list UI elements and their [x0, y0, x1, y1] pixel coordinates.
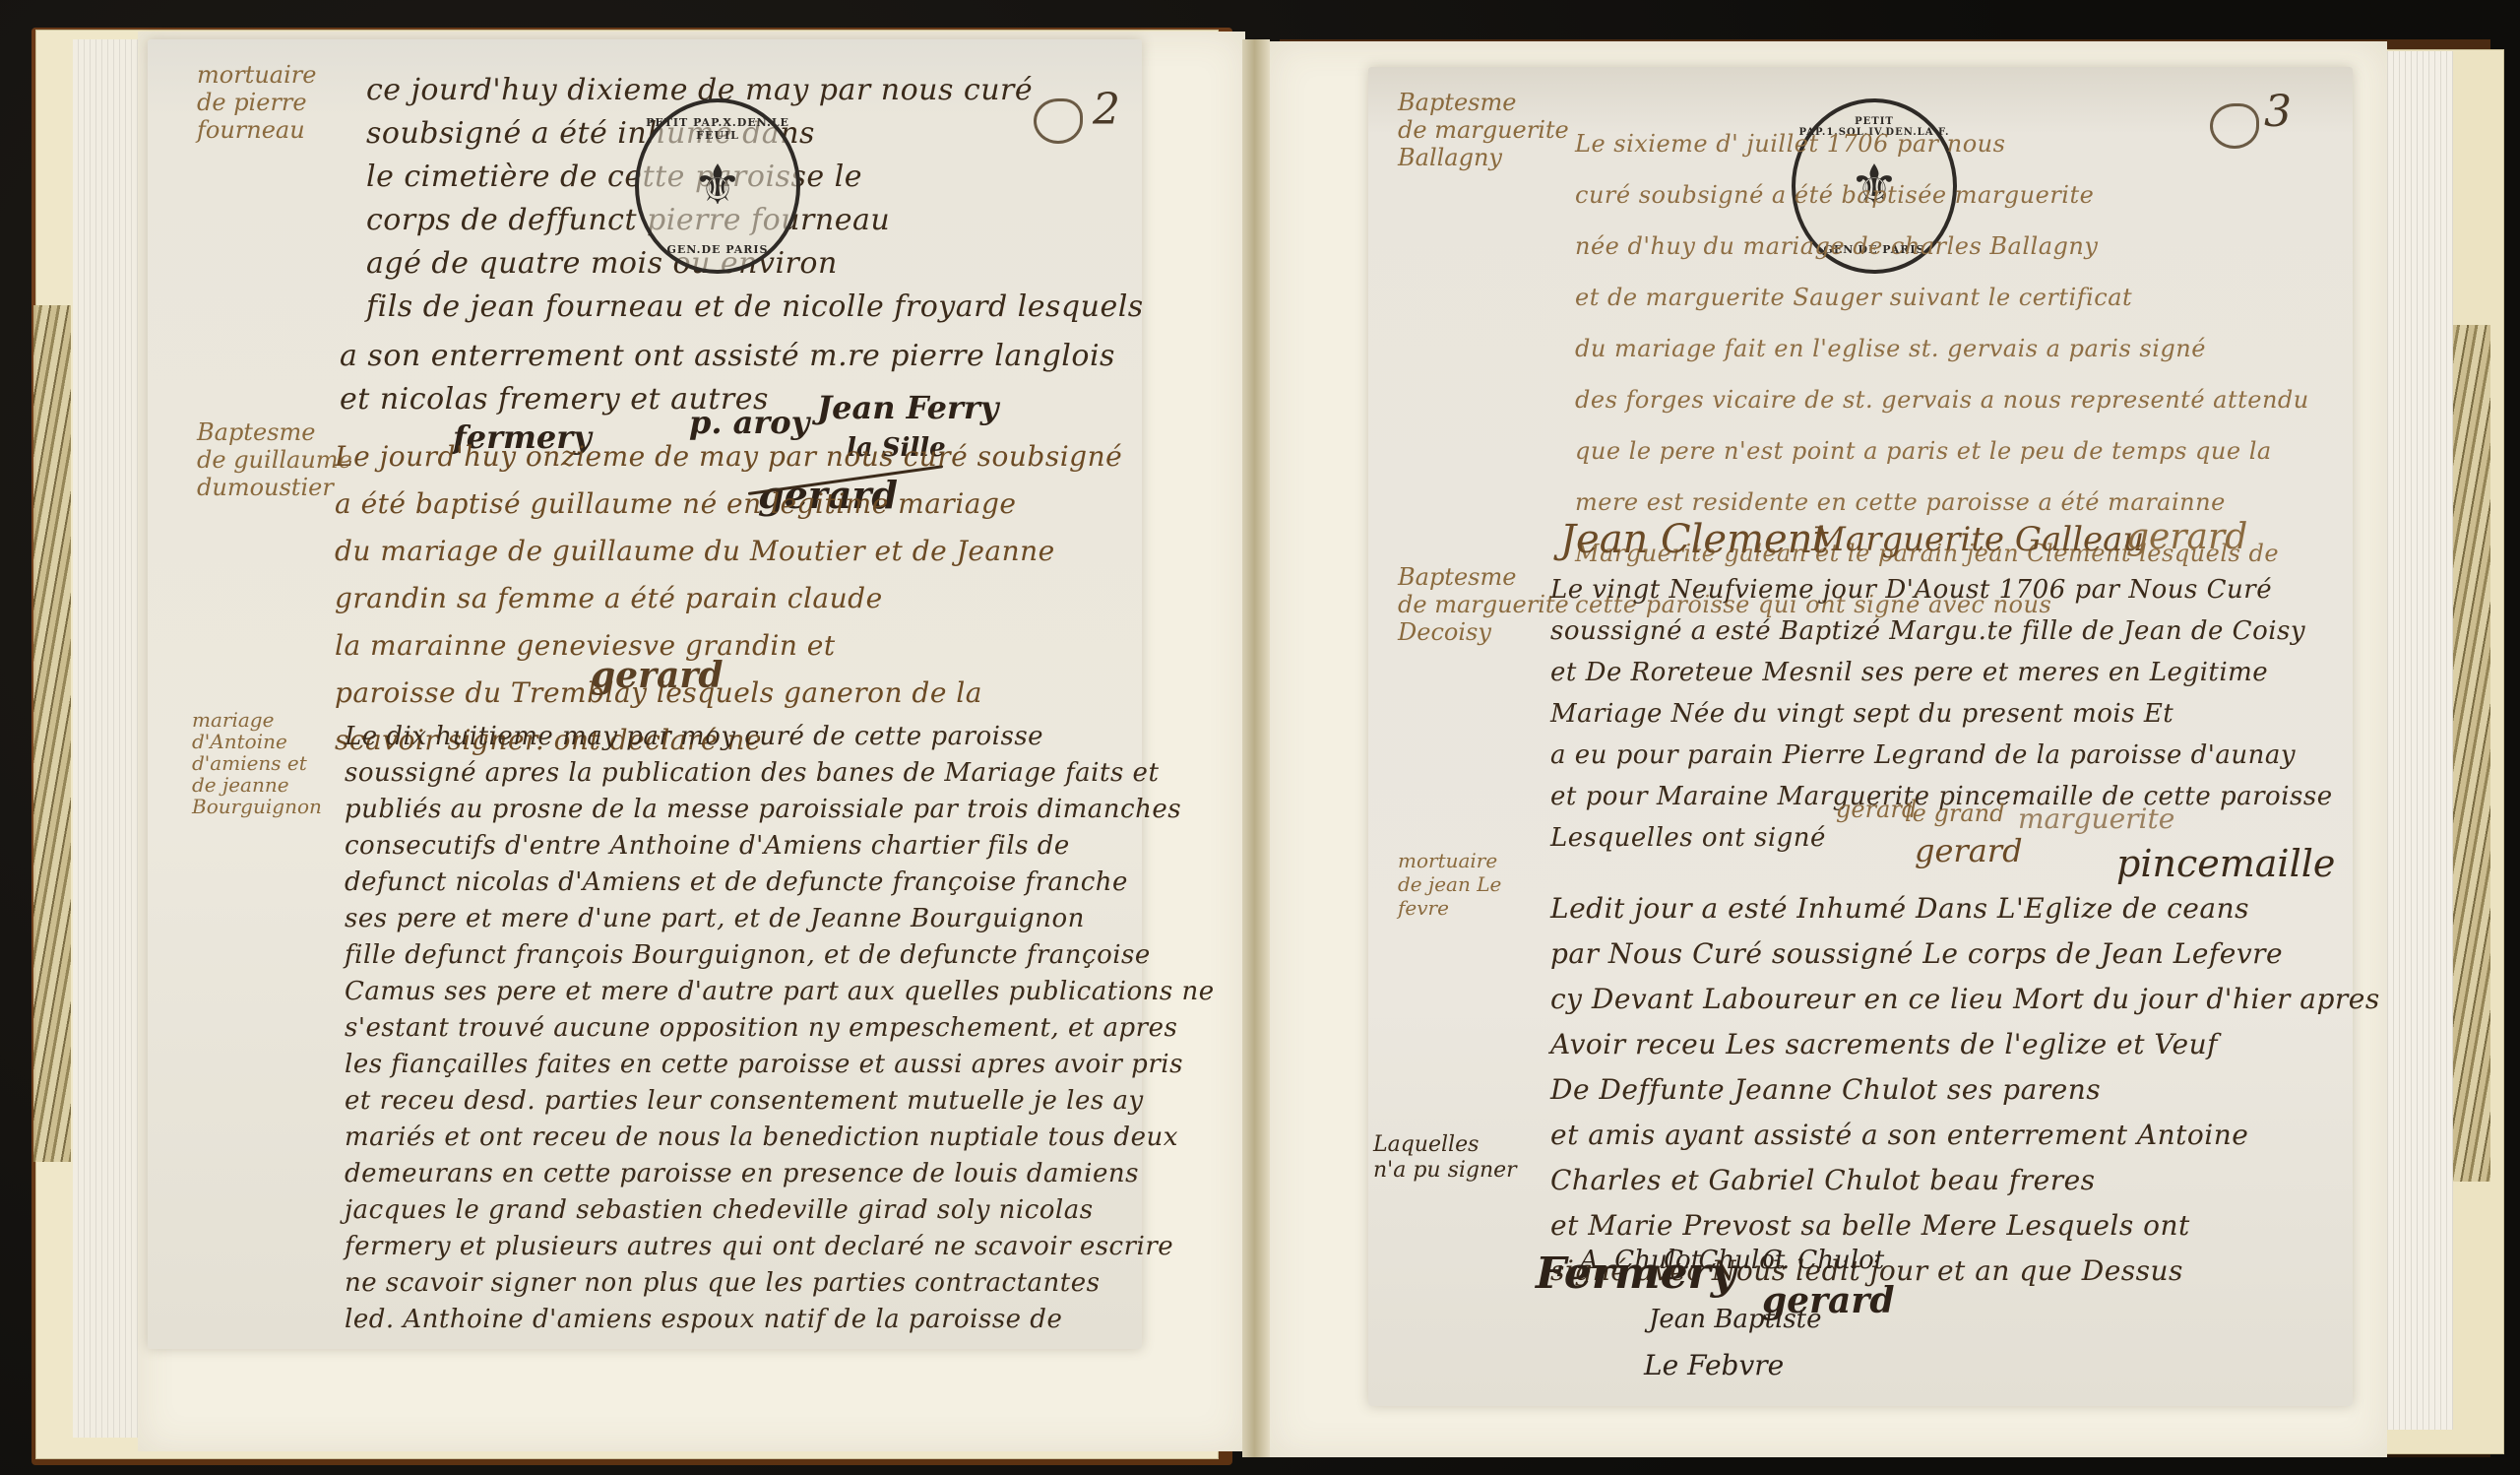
entry-text: Le jourd'huy onzieme de may par nous cur… [335, 433, 1122, 764]
right-page-stack [2382, 51, 2453, 1430]
left-marbled-paper [33, 305, 71, 1162]
right-marbled-paper [2451, 325, 2490, 1182]
signature: le grand [1905, 800, 2004, 827]
margin-note: mortuaire de pierre fourneau [197, 61, 316, 144]
signature: marguerite [2018, 802, 2174, 835]
margin-note: Baptesme de guillaume dumoustier [197, 418, 352, 501]
royal-fleur-de-lis-crest-icon: ⚜ [693, 159, 742, 214]
entry-text: Ledit jour a esté Inhumé Dans L'Eglize d… [1550, 886, 2380, 1294]
book-gutter [1242, 39, 1270, 1457]
signature: gerard [2126, 517, 2247, 557]
signature: G. Chulot [1762, 1246, 1884, 1275]
signature: Le Febvre [1644, 1349, 1784, 1381]
signature: Jean Ferry [817, 389, 998, 426]
signature: gerard [1762, 1280, 1895, 1321]
margin-note: Baptesme de marguerite Ballagny [1398, 89, 1569, 171]
margin-note: mortuaire de jean Le fevre [1398, 849, 1501, 920]
signature: gerard [591, 655, 724, 696]
signature: pincemaille [2116, 842, 2335, 885]
signature: gerard [1915, 832, 2023, 869]
margin-note: mariage d'Antoine d'amiens et de jeanne … [192, 709, 322, 817]
margin-note: Laquelles n'a pu signer [1373, 1132, 1517, 1184]
signature: Marguerite Galleau [1811, 520, 2144, 559]
signature: Fermery [1536, 1249, 1735, 1299]
entry-text: Le dix huitieme may par moy curé de cett… [345, 719, 1215, 1338]
signature: Jean Clement [1560, 517, 1829, 562]
left-page-stack [73, 39, 142, 1438]
tax-stamp-left: PETIT PAP.X.DEN.LE FEUIL ⚜ GEN.DE PARIS [635, 98, 800, 274]
margin-note: Baptesme de marguerite Decoisy [1398, 563, 1569, 646]
open-register-book: mortuaire de pierre fourneau 2 ce jourd'… [0, 0, 2520, 1475]
